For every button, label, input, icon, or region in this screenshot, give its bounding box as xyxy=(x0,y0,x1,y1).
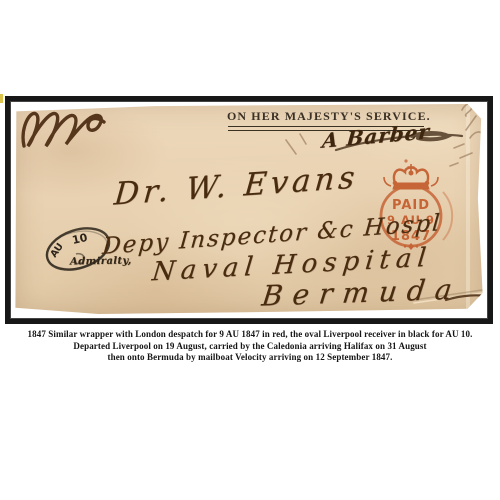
caption-line-2: Departed Liverpool on 19 August, carried… xyxy=(0,341,500,353)
caption-line-1: 1847 Similar wrapper with London despatc… xyxy=(0,329,500,341)
caption-line-3: then onto Bermuda by mailboat Velocity a… xyxy=(0,352,500,364)
ink-speck xyxy=(404,159,407,162)
admiralty-imprint: Admiralty, xyxy=(70,255,132,267)
postal-wrapper: ON HER MAJESTY'S SERVICE. xyxy=(14,104,484,314)
exhibit-frame: ON HER MAJESTY'S SERVICE. xyxy=(5,96,493,324)
signature-scrawl-icon xyxy=(23,113,104,146)
scan-edge-artifact xyxy=(0,94,3,103)
caption: 1847 Similar wrapper with London despatc… xyxy=(0,329,500,364)
page-background: ON HER MAJESTY'S SERVICE. xyxy=(0,0,500,500)
